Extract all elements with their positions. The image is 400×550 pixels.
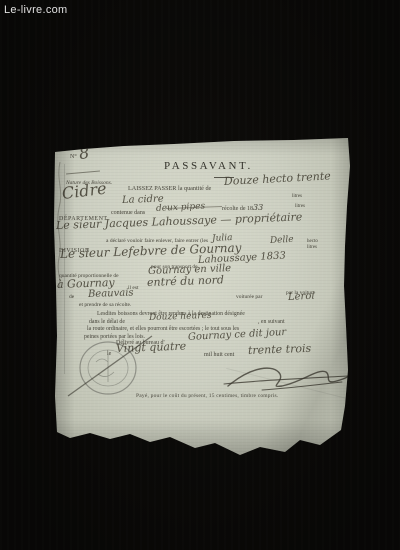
unit-litres: litres [307,245,317,250]
passavant-document-sheet: N° 8 PASSAVANT. Nature des Boissons. Cid… [54,136,352,458]
entre-value-handwritten: entré du nord [147,273,224,289]
document-content: N° 8 PASSAVANT. Nature des Boissons. Cid… [54,136,352,458]
official-stamp-icon [64,332,156,400]
conditions-line-2-suffix: , en suivant [258,319,285,325]
document-number-value: 8 [78,143,90,163]
delai-value-handwritten: Douze heures [149,311,212,323]
de-label: de [69,294,74,300]
recolte-year-handwritten: 33 [253,203,263,212]
date-year-handwritten: trente trois [248,342,312,357]
voiturier-handwritten: Leroi [288,291,315,303]
contenus-value-handwritten: deux pipes [156,201,206,214]
document-title: PASSAVANT. [164,160,253,172]
prendre-recolte-label: et prendre de sa récolte. [79,302,131,308]
declaration-value-handwritten: Delle [270,235,294,246]
nature-value-handwritten: Cidre [61,179,108,203]
laissez-passer-label: LAISSEZ PASSER la quantité de [128,185,211,192]
unit-litres: litres [295,204,305,209]
recolte-printed: récolte de 18 [222,206,253,212]
recolte-label: récolte de 1833 [222,203,263,212]
document-number-label: N° [70,154,77,160]
departement-line-handwritten: Le sieur Jacques Lahoussaye — propriétai… [56,210,303,232]
de-value-handwritten: Beauvais [88,287,134,300]
site-watermark: Le-livre.com [4,4,68,16]
unit-litres: litres [292,194,302,199]
signature-flourish [222,362,354,394]
paid-cost-line: Payé, pour le coût du présent, 15 centim… [136,393,278,399]
number-underline [66,171,100,175]
quantity-handwritten: Douze hecto trente [224,169,331,188]
voituree-par-label: voiturée par [236,294,262,300]
date-mil-huit-cent-label: mil huit cent [204,352,234,358]
unit-hecto: hecto [307,239,318,244]
marginal-note-squiggle [54,160,66,290]
conditions-line-2-prefix: dans le délai de [89,319,125,325]
